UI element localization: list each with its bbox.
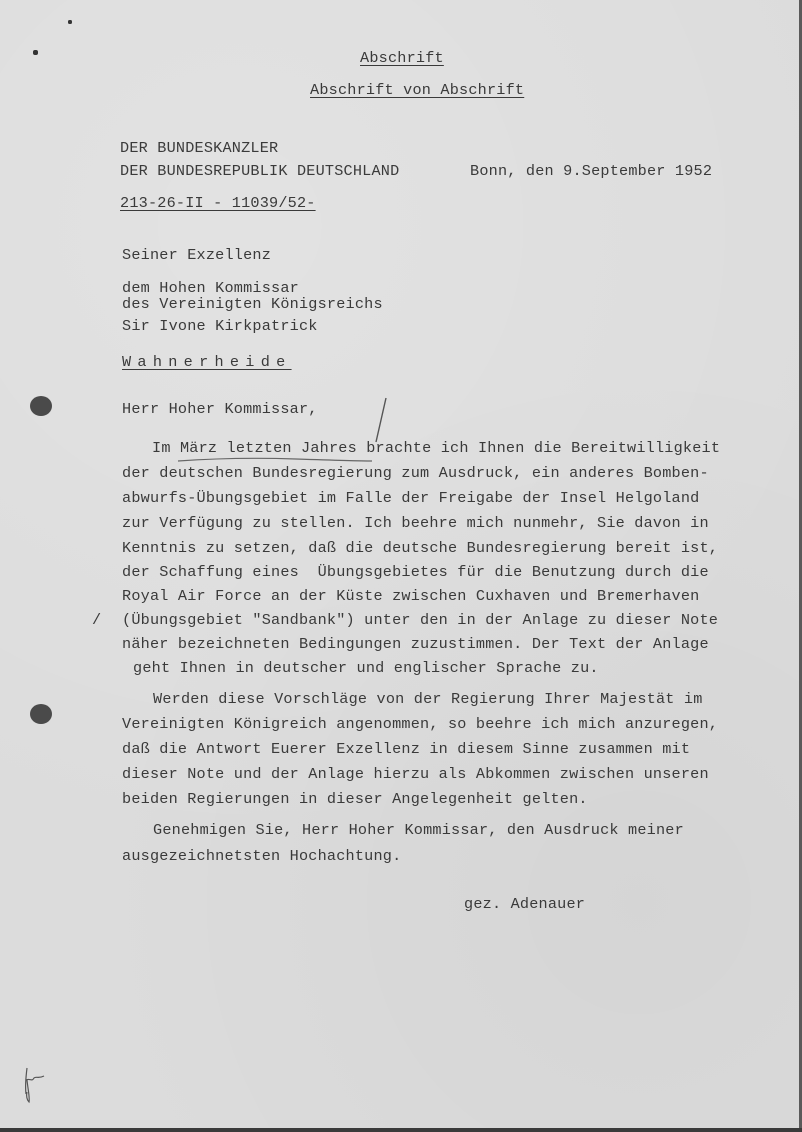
document-title: Abschrift: [360, 51, 444, 66]
handwritten-initials-icon: [22, 1066, 52, 1106]
body-p1-line: zur Verfügung zu stellen. Ich beehre mic…: [122, 516, 709, 531]
punch-hole: [30, 396, 52, 416]
recipient-name: Sir Ivone Kirkpatrick: [122, 319, 318, 334]
body-p2-line: daß die Antwort Euerer Exzellenz in dies…: [122, 742, 690, 757]
recipient-line-2: des Vereinigten Königsreichs: [122, 297, 383, 312]
body-p3-line: Genehmigen Sie, Herr Hoher Kommissar, de…: [153, 823, 684, 838]
body-p1-line: abwurfs-Übungsgebiet im Falle der Freiga…: [122, 491, 699, 506]
sender-line-1: DER BUNDESKANZLER: [120, 141, 278, 156]
body-p3-line: ausgezeichnetsten Hochachtung.: [122, 849, 401, 864]
paper-speck: [68, 20, 72, 24]
recipient-line-1: dem Hohen Kommissar: [122, 281, 299, 296]
place-date: Bonn, den 9.September 1952: [470, 164, 712, 179]
document-page: Abschrift Abschrift von Abschrift DER BU…: [0, 0, 799, 1128]
body-p1-line: näher bezeichneten Bedingungen zuzustimm…: [122, 637, 709, 652]
greeting: Herr Hoher Kommissar,: [122, 402, 318, 417]
body-p1-line: der deutschen Bundesregierung zum Ausdru…: [122, 466, 709, 481]
body-p2-line: dieser Note und der Anlage hierzu als Ab…: [122, 767, 709, 782]
reference-number: 213-26-II - 11039/52-: [120, 196, 316, 211]
document-subtitle: Abschrift von Abschrift: [310, 83, 524, 98]
paper-speck: [33, 50, 38, 55]
body-p2-line: Werden diese Vorschläge von der Regierun…: [153, 692, 703, 707]
body-p1-line: Royal Air Force an der Küste zwischen Cu…: [122, 589, 699, 604]
body-p1-line: (Übungsgebiet "Sandbank") unter den in d…: [122, 613, 718, 628]
body-p1-line: Im März letzten Jahres brachte ich Ihnen…: [152, 441, 720, 456]
punch-hole: [30, 704, 52, 724]
body-p2-line: Vereinigten Königreich angenommen, so be…: [122, 717, 718, 732]
body-p1-line: geht Ihnen in deutscher und englischer S…: [133, 661, 599, 676]
margin-slash: /: [92, 613, 101, 628]
body-p1-line: der Schaffung eines Übungsgebietes für d…: [122, 565, 709, 580]
sender-line-2: DER BUNDESREPUBLIK DEUTSCHLAND: [120, 164, 399, 179]
signature: gez. Adenauer: [464, 897, 585, 912]
body-p1-line: Kenntnis zu setzen, daß die deutsche Bun…: [122, 541, 718, 556]
page-edge-bottom: [0, 1128, 802, 1132]
recipient-location: Wahnerheide: [122, 355, 292, 370]
body-p2-line: beiden Regierungen in dieser Angelegenhe…: [122, 792, 588, 807]
recipient-title: Seiner Exzellenz: [122, 248, 271, 263]
